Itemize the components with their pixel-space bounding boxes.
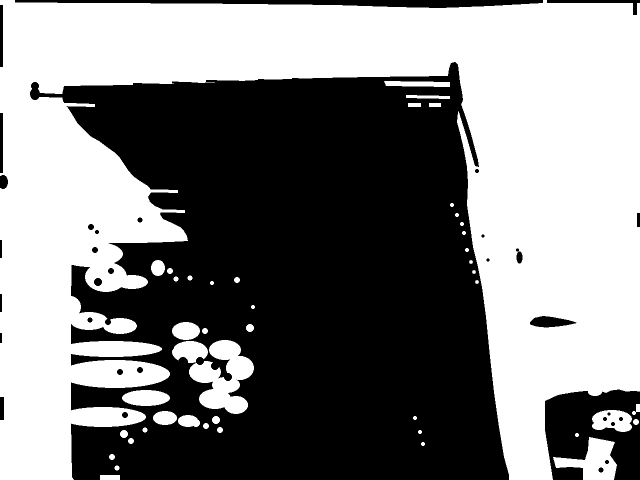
mottle-dots-upper-1	[174, 277, 179, 282]
lens-blob	[530, 316, 577, 328]
comma-tip	[516, 249, 519, 252]
mottle-black-specks-6	[211, 362, 219, 370]
region-mottle-specks-3	[608, 413, 611, 416]
region-mottle-specks-4	[599, 468, 604, 473]
top-border-mid	[335, 0, 543, 8]
top-border-right	[547, 0, 640, 3]
left-edge-segment-3	[0, 240, 2, 258]
mass-lower-white-dots-5	[143, 428, 148, 433]
left-edge-segment-5	[0, 333, 2, 343]
edge-white-dots-7	[475, 280, 479, 284]
mottle-dots-lower-3	[203, 423, 209, 429]
mottle-dots-lower-5	[217, 427, 223, 433]
left-edge-segment-4	[0, 294, 2, 312]
top-right-slit-1	[384, 81, 450, 87]
left-edge-segment-1	[0, 5, 3, 67]
mottle-band-2	[60, 360, 170, 388]
region-mottle-dots-1	[632, 411, 636, 415]
edge-white-dots-1	[455, 213, 459, 217]
thresholded-photo	[0, 0, 640, 480]
stray-dot-1	[487, 259, 490, 262]
mottle-black-specks-2	[94, 278, 102, 286]
mottle-dots-lower-0	[120, 430, 128, 438]
mottle-black-specks-3	[166, 343, 174, 351]
top-right-dash-2	[429, 103, 441, 107]
binary-mask-svg	[0, 0, 640, 480]
mottle-dots-upper-3	[210, 281, 214, 285]
upper-white-region-specks-3	[138, 218, 143, 223]
mottle-black-specks-9	[137, 367, 143, 373]
stray-dot-2	[482, 235, 485, 238]
region-mottle-dots-0	[633, 419, 639, 425]
edge-white-dots-6	[472, 270, 476, 274]
top-right-dash-1	[408, 103, 421, 107]
mottle-black-specks-1	[108, 268, 114, 274]
mottle-dots-upper-6	[202, 328, 208, 334]
upper-white-region-specks-2	[158, 204, 162, 208]
mass-lower-white-dots-0	[413, 416, 417, 420]
mottle-band-4	[60, 407, 146, 427]
mottle-dots-upper-7	[251, 305, 255, 309]
mottle-blob-8	[172, 322, 200, 340]
mass-lower-white-dots-2	[421, 442, 425, 446]
mottle-black-specks-10	[122, 412, 128, 418]
region-mottle-specks-1	[611, 422, 615, 426]
mottle-dots-upper-4	[234, 277, 240, 283]
mottle-black-specks-4	[178, 357, 188, 367]
region-mottle-bump-1	[592, 422, 606, 430]
edge-white-dots-3	[462, 231, 466, 235]
top-border-left	[15, 0, 335, 5]
mottle-black-specks-11	[105, 319, 111, 325]
mottle-blob-2	[151, 260, 165, 276]
upper-white-region-specks-1	[95, 230, 99, 234]
region-mottle-dots-2	[575, 433, 579, 437]
mottle-dots-lower-2	[192, 419, 200, 427]
mottle-dots-upper-2	[188, 276, 193, 281]
figure-body	[30, 88, 40, 100]
upper-white-region-specks-0	[88, 224, 94, 230]
mass-lower-white-dots-1	[418, 430, 422, 434]
mottle-blob-9	[153, 411, 177, 425]
mottle-black-specks-8	[117, 369, 123, 375]
bottom-border-gap	[100, 475, 120, 480]
left-edge-blob	[0, 175, 8, 189]
edge-white-dots-2	[460, 222, 464, 226]
region-edge-nick	[636, 404, 640, 412]
mottle-dots-upper-0	[167, 268, 173, 274]
region-mottle-specks-0	[603, 417, 607, 421]
mottle-blob-4	[116, 275, 148, 289]
mottle-dots-lower-1	[128, 438, 134, 444]
region-mottle-bump-2	[614, 422, 632, 432]
region-mottle-specks-2	[619, 417, 623, 421]
edge-white-dots-5	[469, 260, 473, 264]
mottle-band-3	[122, 390, 170, 406]
top-corner-tick	[633, 0, 637, 15]
mottle-cluster-7	[224, 396, 248, 414]
edge-streak-dot	[475, 169, 479, 173]
region-mottle-specks-5	[605, 460, 609, 464]
mass-lower-white-dots-4	[115, 466, 120, 471]
mottle-dots-lower-4	[212, 416, 220, 424]
mottle-black-specks-7	[224, 373, 232, 381]
left-edge-segment-2	[0, 113, 3, 173]
mottle-black-specks-0	[92, 247, 98, 253]
mottle-band-1	[60, 341, 162, 357]
mass-lower-white-dots-3	[109, 454, 115, 460]
edge-white-dots-4	[465, 248, 469, 252]
mottle-black-specks-5	[196, 357, 204, 365]
region-top-notch	[588, 388, 602, 396]
mottle-blob-3	[85, 262, 127, 292]
mottle-dots-upper-5	[246, 324, 254, 332]
left-edge-segment-6	[0, 397, 4, 420]
edge-white-dots-0	[450, 203, 454, 207]
comma-blob	[517, 252, 523, 264]
mottle-black-specks-12	[88, 318, 93, 323]
